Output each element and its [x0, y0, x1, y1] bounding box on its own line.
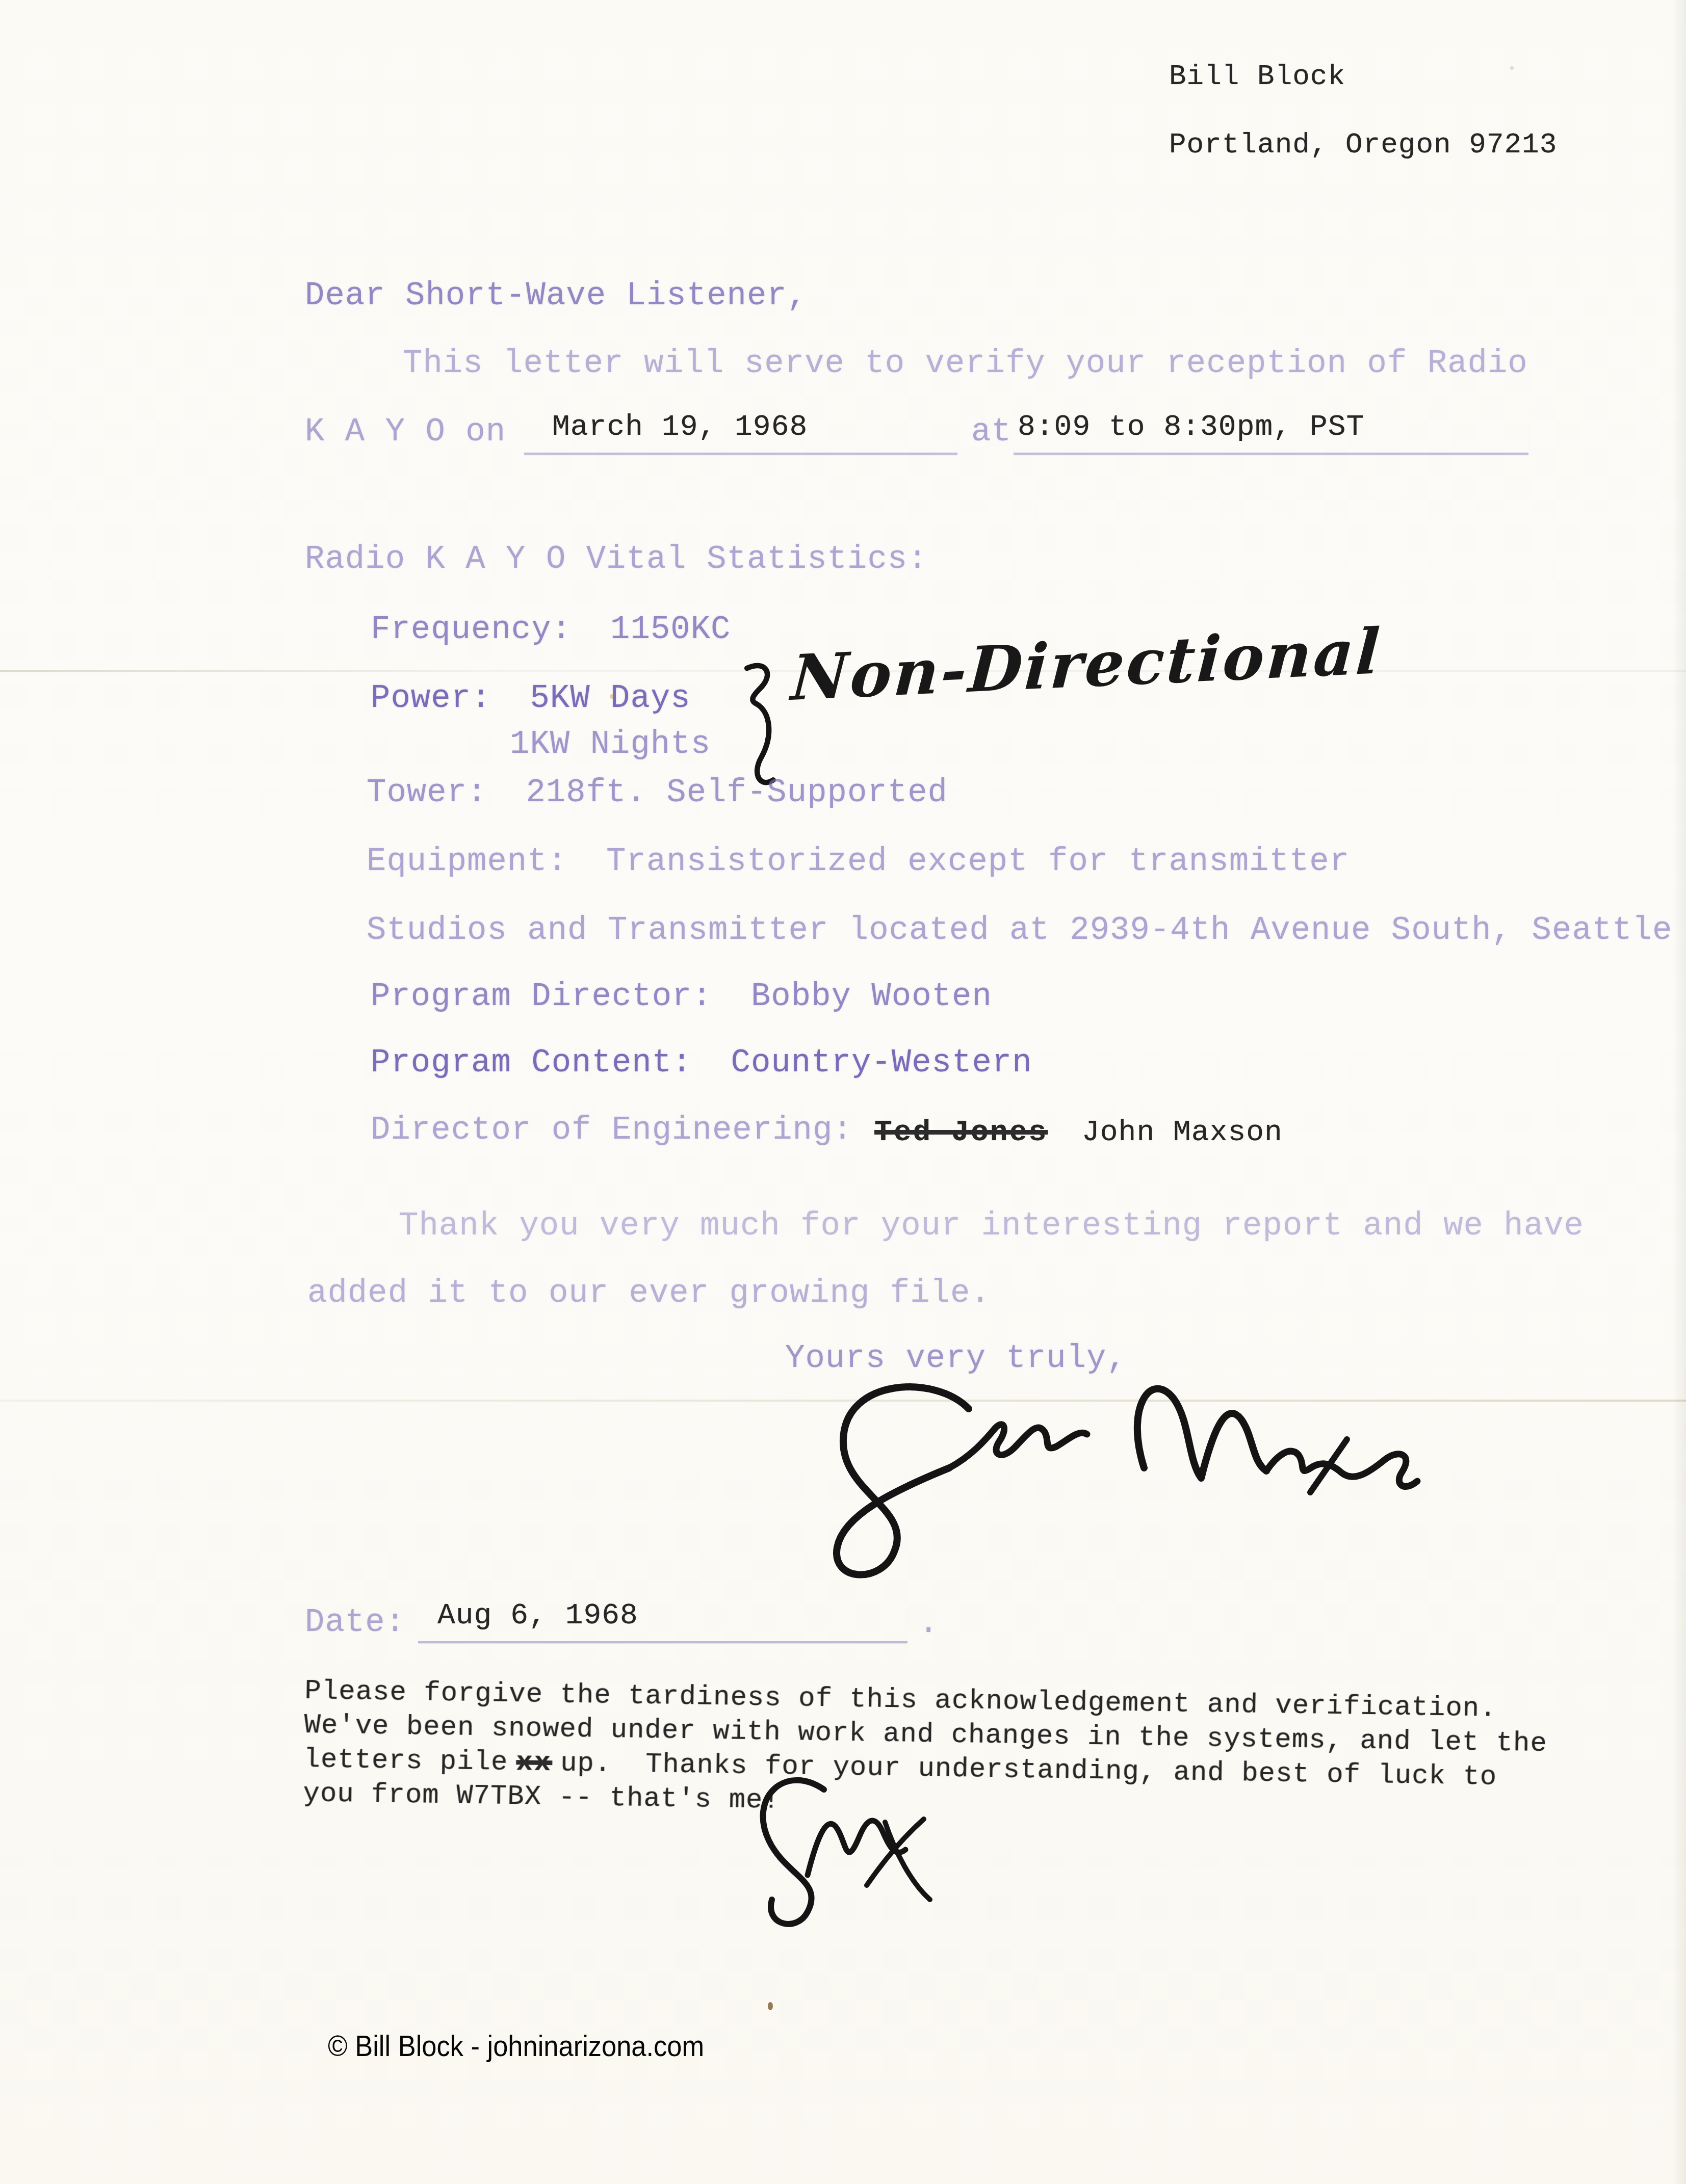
letter-page: { "header": { "name": "Bill Block", "loc…	[0, 0, 1686, 2184]
engineering-value: John Maxson	[1082, 1116, 1283, 1149]
tower-label: Tower:	[367, 775, 487, 811]
signature-stroke-axson	[1266, 1451, 1417, 1486]
sender-name: Bill Block	[1169, 60, 1345, 93]
tower-row: Tower:218ft. Self-Supported	[367, 775, 948, 811]
power-night-value: 1KW Nights	[510, 726, 711, 763]
handwritten-note: Non-Directional	[789, 614, 1384, 715]
reception-time-blank: 8:09 to 8:30pm, PST	[1014, 408, 1528, 455]
scan-edge-shadow	[1673, 0, 1686, 2184]
initials-stroke-m	[808, 1821, 905, 1875]
intro-line: This letter will serve to verify your re…	[403, 346, 1528, 382]
reception-date-blank: March 19, 1968	[524, 408, 957, 455]
frequency-label: Frequency:	[371, 612, 572, 648]
program-content-label: Program Content:	[371, 1045, 692, 1082]
date-label: Date:	[305, 1604, 405, 1641]
tower-value: 218ft. Self-Supported	[526, 775, 948, 811]
studios-line: Studios and Transmitter located at 2939-…	[367, 912, 1672, 949]
ps-line-3-before: letters pile	[303, 1744, 508, 1778]
date-suffix: .	[919, 1606, 939, 1642]
signature-stroke-j	[837, 1387, 969, 1574]
program-director-row: Program Director:Bobby Wooten	[371, 979, 992, 1015]
program-director-label: Program Director:	[371, 979, 712, 1015]
paper-speck	[1510, 66, 1514, 70]
signature-john-maxson-svg	[739, 1366, 1453, 1600]
power-label: Power:	[371, 680, 491, 717]
equipment-value: Transistorized except for transmitter	[606, 844, 1350, 880]
at-label: at	[971, 414, 1011, 451]
signature-stroke-ohn	[949, 1425, 1087, 1468]
date-value-blank: Aug 6, 1968	[418, 1598, 907, 1643]
engineering-label: Director of Engineering:	[371, 1112, 853, 1149]
frequency-row: Frequency:1150KC	[371, 612, 731, 648]
thanks-line-2: added it to our ever growing file.	[307, 1275, 991, 1312]
sender-location: Portland, Oregon 97213	[1169, 128, 1557, 161]
equipment-row: Equipment:Transistorized except for tran…	[367, 844, 1350, 880]
reception-time-value: 8:09 to 8:30pm, PST	[1018, 411, 1364, 444]
signature-initials-svg	[724, 1761, 938, 1934]
reception-date-value: March 19, 1968	[552, 411, 808, 444]
ps-line-3-struck: xx	[516, 1747, 553, 1779]
equipment-label: Equipment:	[367, 844, 567, 880]
date-value: Aug 6, 1968	[437, 1599, 638, 1633]
handwritten-brace-stroke	[747, 666, 773, 782]
footer-credit: © Bill Block - johninarizona.com	[328, 2030, 704, 2063]
power-day-value: 5KW Days	[530, 680, 690, 717]
engineering-crossed-out: Ted-Jones	[874, 1116, 1048, 1149]
station-prefix: K A Y O on	[305, 414, 506, 451]
thanks-line-1: Thank you very much for your interesting…	[399, 1208, 1584, 1245]
signature-stroke-m	[1137, 1389, 1266, 1478]
program-director-value: Bobby Wooten	[751, 979, 992, 1015]
paper-speck	[768, 2002, 773, 2010]
frequency-value: 1150KC	[610, 612, 731, 648]
program-content-value: Country-Western	[731, 1045, 1032, 1082]
stats-title: Radio K A Y O Vital Statistics:	[305, 541, 928, 578]
salutation-line: Dear Short-Wave Listener,	[305, 278, 807, 314]
postscript-paragraph: Please forgive the tardiness of this ack…	[303, 1674, 1590, 1830]
program-content-row: Program Content:Country-Western	[371, 1045, 1032, 1082]
power-row: Power:5KW Days	[371, 680, 691, 717]
signature-john-maxson	[739, 1366, 1453, 1603]
signature-initials	[724, 1761, 938, 1937]
